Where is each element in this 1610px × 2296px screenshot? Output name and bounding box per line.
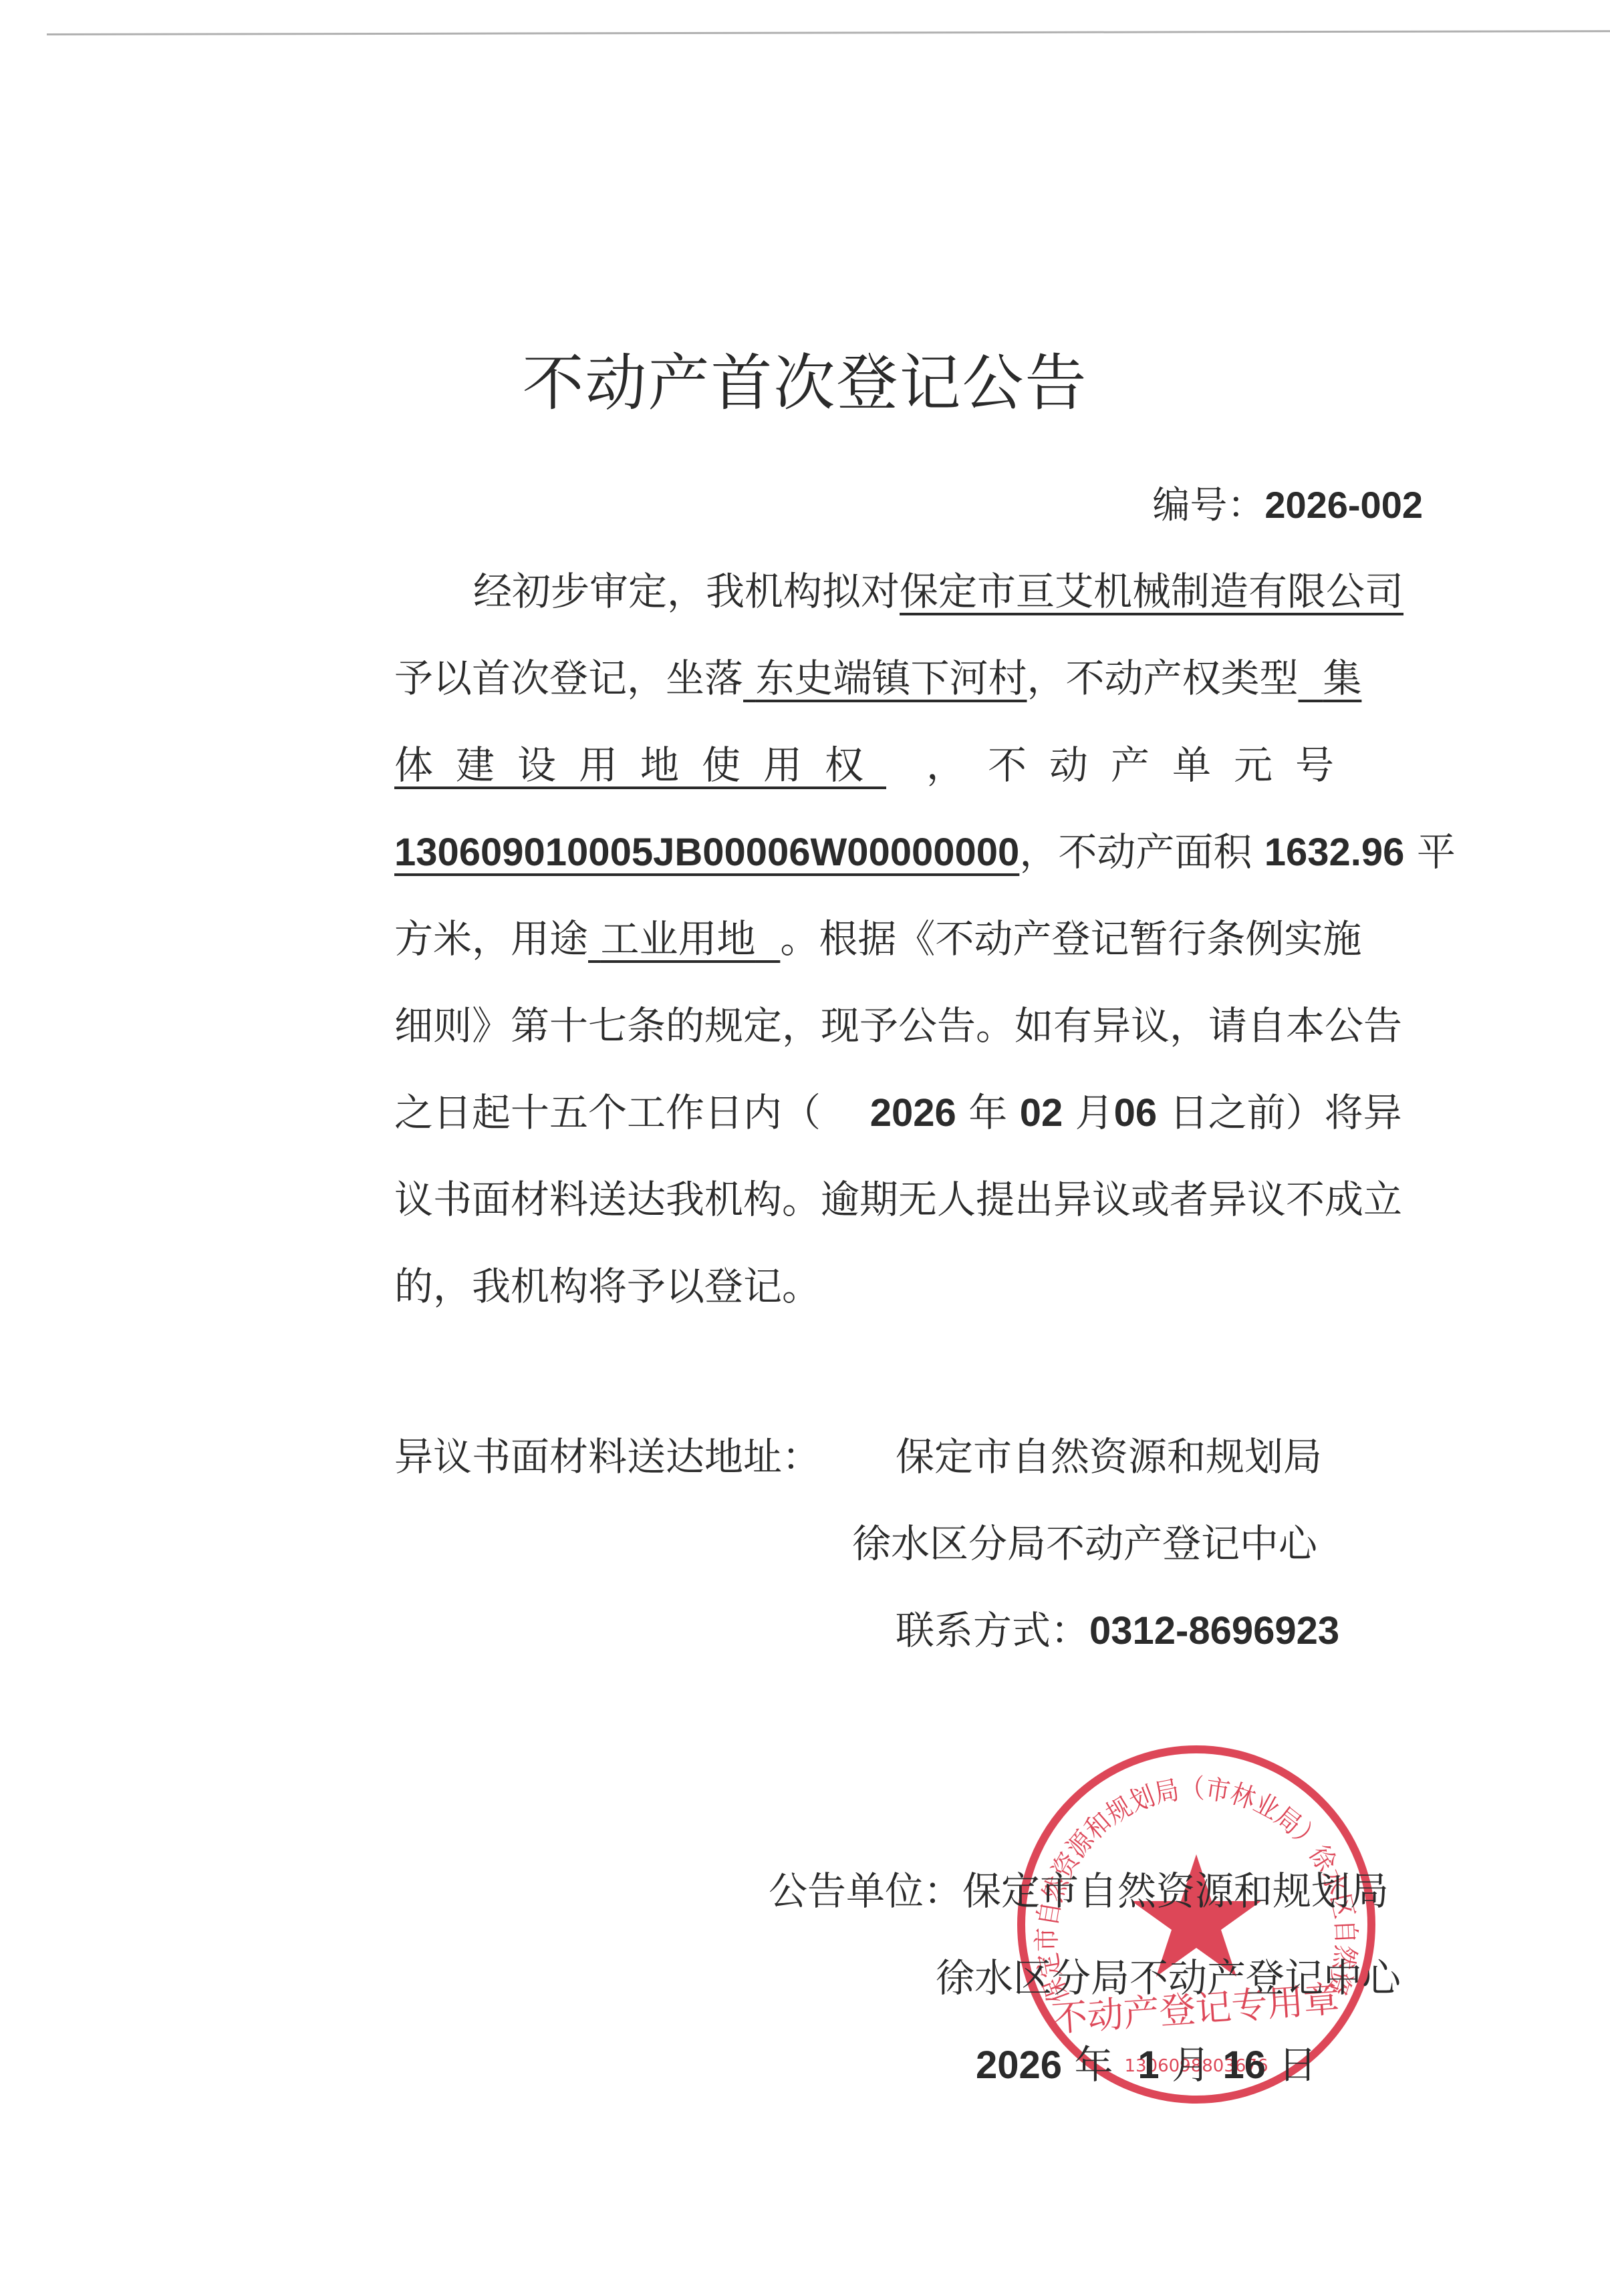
body-text: 日之前）将异 xyxy=(1170,1090,1402,1135)
date-text: 年 xyxy=(1074,2042,1113,2088)
contact-label: 联系方式： xyxy=(896,1608,1089,1653)
unit-number: 130609010005JB00006W00000000 xyxy=(394,831,1019,874)
body-line-3: 体建设用地使用权，不动产单元号 xyxy=(394,738,1457,792)
body-text: ，不动产面积 xyxy=(1019,829,1252,875)
body-text: 之日起十五个工作日内（ xyxy=(394,1090,821,1135)
body-text: 经初步审定，我机构拟对 xyxy=(473,569,900,614)
right-type-part1-text: 集 xyxy=(1323,656,1361,701)
body-line-8: 议书面材料送达我机构。逾期无人提出异议或者异议不成立 xyxy=(394,1173,1457,1226)
body-line-6: 细则》第十七条的规定，现予公告。如有异议，请自本公告 xyxy=(394,999,1457,1052)
deadline-year: 2026 xyxy=(870,1091,956,1135)
body-line-1: 经初步审定，我机构拟对保定市亘艾机械制造有限公司 xyxy=(394,565,1457,618)
issue-date-day: 16 xyxy=(1223,2043,1266,2087)
body-line-9: 的，我机构将予以登记。 xyxy=(394,1260,1457,1313)
land-usage-text: 工业用地 xyxy=(600,916,755,962)
body-line-4: 130609010005JB00006W00000000，不动产面积 1632.… xyxy=(394,825,1457,879)
issuer-label: 公告单位： xyxy=(769,1868,962,1914)
deadline-month: 02 xyxy=(1020,1091,1063,1135)
body-line-5: 方米，用途 工业用地 。根据《不动产登记暂行条例实施 xyxy=(394,912,1457,966)
property-location: 东史端镇下河村 xyxy=(743,656,1027,701)
document-number-value: 2026-002 xyxy=(1264,484,1423,526)
body-line-2: 予以首次登记，坐落 东史端镇下河村，不动产权类型 集 xyxy=(394,652,1457,705)
body-text: 年 xyxy=(968,1090,1007,1135)
body-line-7: 之日起十五个工作日内（ 2026 年 02 月06 日之前）将异 xyxy=(394,1086,1457,1140)
date-text: 月 xyxy=(1172,2042,1210,2088)
land-usage: 工业用地 xyxy=(588,916,780,962)
issue-date-year: 2026 xyxy=(976,2043,1062,2087)
issuer-line1: 公告单位：保定市自然资源和规划局 xyxy=(769,1864,1389,1918)
contact-phone: 0312-8696923 xyxy=(1089,1609,1339,1653)
body-text: 平 xyxy=(1417,829,1456,875)
date-text: 日 xyxy=(1278,2042,1317,2088)
objection-org-line2: 徐水区分局不动产登记中心 xyxy=(852,1517,1317,1570)
applicant-name: 保定市亘艾机械制造有限公司 xyxy=(900,569,1403,614)
body-text: 月 xyxy=(1075,1090,1114,1135)
body-text: ，不动产单元号 xyxy=(926,742,1357,788)
body-text: 。根据《不动产登记暂行条例实施 xyxy=(780,916,1361,962)
issuer-org-line1: 保定市自然资源和规划局 xyxy=(962,1868,1389,1914)
body-text: ，不动产权类型 xyxy=(1027,656,1298,701)
objection-org-line1: 保定市自然资源和规划局 xyxy=(896,1430,1322,1483)
right-type-part1: 集 xyxy=(1298,656,1361,701)
issue-date-month: 1 xyxy=(1137,2043,1159,2087)
property-location-text: 东史端镇下河村 xyxy=(755,656,1027,701)
page-title: 不动产首次登记公告 xyxy=(0,334,1610,422)
objection-address-label: 异议书面材料送达地址： xyxy=(394,1430,821,1483)
body-text: 方米，用途 xyxy=(394,916,588,962)
scan-edge-rule xyxy=(47,30,1610,35)
objection-contact: 联系方式：0312-8696923 xyxy=(896,1604,1339,1658)
right-type-part2: 体建设用地使用权 xyxy=(394,742,886,788)
document-number: 编号：2026-002 xyxy=(1152,476,1423,529)
issuer-org-line2: 徐水区分局不动产登记中心 xyxy=(936,1951,1401,2005)
deadline-day: 06 xyxy=(1114,1091,1158,1135)
issue-date: 2026 年 1 月 16 日 xyxy=(976,2038,1317,2092)
area-value: 1632.96 xyxy=(1264,831,1405,874)
document-number-label: 编号： xyxy=(1152,484,1264,527)
body-text: 予以首次登记，坐落 xyxy=(394,656,743,701)
